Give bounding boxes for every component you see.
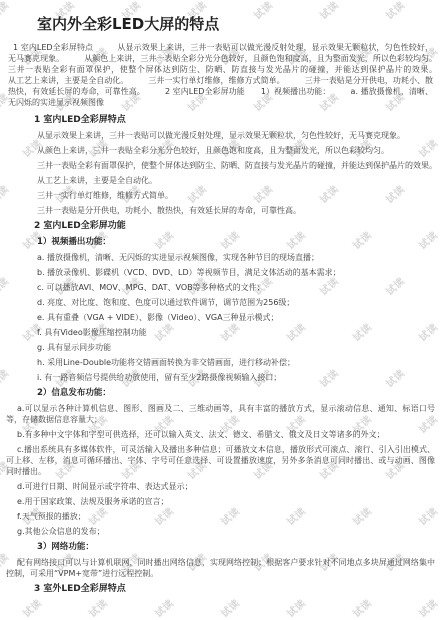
section-heading: 2）信息发布功能： xyxy=(37,388,440,399)
paragraph: e.用于国家政策、法规及服务承诺的宣言； xyxy=(6,496,435,507)
paragraph: d.可进行日期、时间显示或字符串、表达式显示； xyxy=(6,481,435,492)
section-heading: 1 室内LED全彩屏特点 xyxy=(34,115,440,126)
paragraph: a. 播放摄像机，清晰、无闪烁的实进显示视频图像，实现各种节目的现场直播； xyxy=(37,252,440,263)
paragraph: b.有多种中文字体和字型可供选择，还可以输入英文、法文、德文、希腊文、俄文及日文… xyxy=(6,429,435,440)
paragraph: e. 具有重叠（VGA + VIDE）、影像（Video）、VGA三种显示模式； xyxy=(37,312,440,323)
paragraph: 三井一实行单灯维修，维修方式简单。 xyxy=(37,190,440,201)
paragraph: c. 可以播放AVI、MOV、MPG、DAT、VOB等多种格式的文件； xyxy=(37,282,440,293)
document-content: 室内外全彩LED大屏的特点 1 室内LED全彩屏特点 从显示效果上来讲，三井一表… xyxy=(0,0,440,620)
document-preview-page: 试读试读试读试读试读试读试读试读试读试读试读试读试读试读试读试读试读试读试读试读… xyxy=(0,0,440,620)
section-heading: 3 室外LED全彩屏特点 xyxy=(34,584,440,595)
paragraph: 配有网络接口可以与计算机联网，同时播出网络信息，实现网络控制；根据客户要求针对不… xyxy=(6,557,435,579)
paragraph: 从工艺上来讲，主要是全自动化。 xyxy=(37,175,440,186)
paragraph: d. 亮度、对比度、饱和度、色度可以通过软件调节，调节范围为256级； xyxy=(37,297,440,308)
paragraph: f.天气预报的播放； xyxy=(6,511,435,522)
paragraph: c.播出系统具有多媒体软件，可灵活输入及播出多种信息；可播放文本信息，播放形式可… xyxy=(6,444,435,477)
paragraph: i. 有一路音频信号提供给功放使用，留有至少2路摄像视频输入接口； xyxy=(37,372,440,383)
section-heading: 3）网络功能： xyxy=(37,542,440,553)
paragraph: g. 具有显示同步功能 xyxy=(37,342,440,353)
paragraph: b. 播放录像机、影碟机（VCD、DVD、LD）等视频节目，满足文体活动的基本需… xyxy=(37,267,440,278)
section-heading: 2 室内LED全彩屏功能 xyxy=(34,221,440,232)
summary-paragraph: 1 室内LED全彩屏特点 从显示效果上来讲，三井一表贴可以做光漫反射处理，显示效… xyxy=(8,42,433,108)
paragraph: 三井一表贴全彩有面罩保护，使整个屏体达到防尘、防晒、防直接与发光晶片的碰撞，并能… xyxy=(37,160,440,171)
paragraph: f. 具有Video影像压缩控制功能 xyxy=(37,327,440,338)
paragraph: 从显示效果上来讲，三井一表贴可以做光漫反射处理，显示效果无颗粒状，匀色性较好，无… xyxy=(37,130,440,141)
paragraph: 从颜色上来讲，三井一表贴全彩分光分色较好，且颜色饱和度高，且为整面发光，所以色彩… xyxy=(37,145,440,156)
paragraph: g.其他公众信息的发布； xyxy=(6,526,435,537)
page-title: 室内外全彩LED大屏的特点 xyxy=(37,14,430,34)
document-body: 1 室内LED全彩屏特点从显示效果上来讲，三井一表贴可以做光漫反射处理，显示效果… xyxy=(0,115,440,595)
paragraph: a.可以显示各种计算机信息、图形、图画及二、三维动画等，具有丰富的播放方式，显示… xyxy=(6,403,435,425)
paragraph: 三井一表贴是分开供电，功耗小、散热快，有效延长屏的寿命，可靠性高。 xyxy=(37,205,440,216)
section-heading: 1）视频播出功能： xyxy=(37,237,440,248)
paragraph: h. 采用Line-Double功能将交错画面转换为非交错画面，进行移动补偿； xyxy=(37,357,440,368)
